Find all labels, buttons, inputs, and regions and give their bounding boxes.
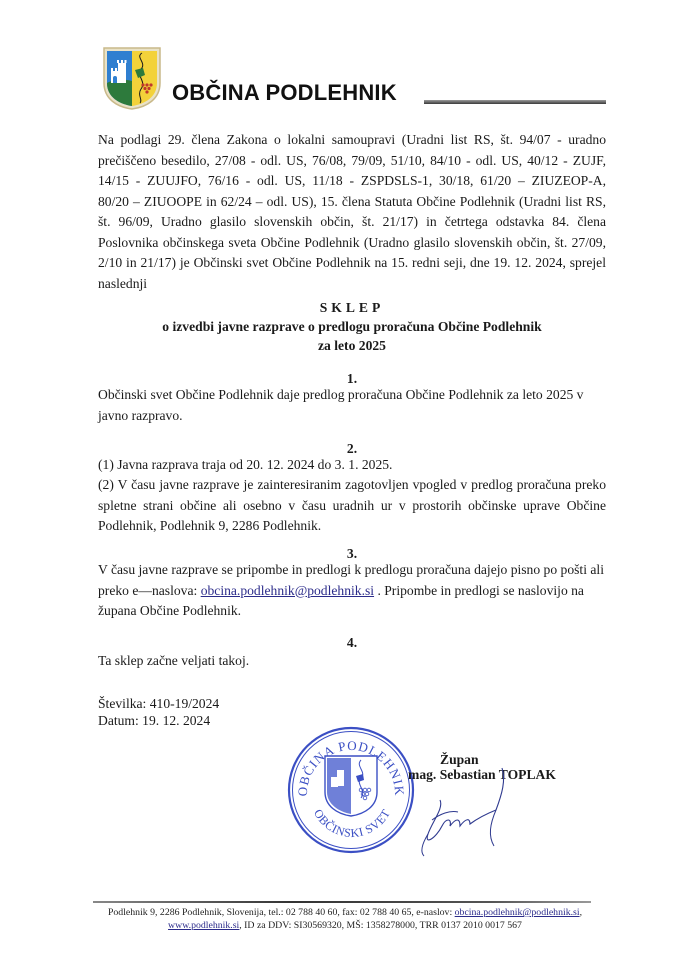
article-3-text: V času javne razprave se pripombe in pre… [98, 560, 606, 622]
footer-address: Podlehnik 9, 2286 Podlehnik, Slovenija, … [108, 907, 455, 918]
intro-line: prečiščeno besedilo, 27/08 - odl. US, 76… [98, 151, 606, 172]
document-subtitle-line2: za leto 2025 [98, 336, 606, 355]
resolution-title: SKLEP o izvedbi javne razprave o predlog… [98, 298, 606, 355]
article-2-item-1: (1) Javna razprava traja od 20. 12. 2024… [98, 455, 606, 476]
footer-punct: , [580, 907, 582, 918]
footer: Podlehnik 9, 2286 Podlehnik, Slovenija, … [90, 906, 600, 932]
article-4-number: 4. [98, 635, 606, 651]
footer-email-link[interactable]: obcina.podlehnik@podlehnik.si [455, 907, 580, 918]
email-link[interactable]: obcina.podlehnik@podlehnik.si [201, 583, 374, 598]
coat-of-arms-icon [101, 45, 163, 111]
footer-line-1: Podlehnik 9, 2286 Podlehnik, Slovenija, … [90, 906, 600, 919]
intro-line: 80/20 – ZIUOOPE in 62/24 – odl. US), 15.… [98, 192, 606, 213]
intro-line: št. 96/09, Uradno glasilo slovenskih obč… [98, 212, 606, 233]
handwritten-signature-icon [410, 760, 510, 870]
article-2-item-2: (2) V času javne razprave je zainteresir… [98, 475, 606, 537]
document-date: Datum: 19. 12. 2024 [98, 712, 219, 729]
document-subtitle-line1: o izvedbi javne razprave o predlogu pror… [98, 317, 606, 336]
document-number: Številka: 410-19/2024 [98, 695, 219, 712]
intro-paragraph: Na podlagi 29. člena Zakona o lokalni sa… [98, 130, 606, 294]
intro-line: 2/10 in 21/17) je Občinski svet Občine P… [98, 253, 606, 274]
intro-line: naslednji [98, 274, 606, 295]
footer-website-link[interactable]: www.podlehnik.si [168, 920, 239, 931]
footer-rule [93, 901, 591, 903]
footer-ids: , ID za DDV: SI30569320, MŠ: 1358278000,… [239, 920, 522, 931]
document-heading: SKLEP [98, 298, 606, 317]
article-1-text: Občinski svet Občine Podlehnik daje pred… [98, 385, 606, 426]
footer-line-2: www.podlehnik.si, ID za DDV: SI30569320,… [90, 919, 600, 932]
intro-line: 14/15 - ZUUJFO, 76/16 - odl. US, 11/18 -… [98, 171, 606, 192]
intro-line: Na podlagi 29. člena Zakona o lokalni sa… [98, 130, 606, 151]
article-4-text: Ta sklep začne veljati takoj. [98, 651, 606, 672]
intro-line: Poslovnika občinskega sveta Občine Podle… [98, 233, 606, 254]
official-stamp-icon: OBČINA PODLEHNIK OBČINSKI SVET [283, 722, 419, 858]
org-name: OBČINA PODLEHNIK [172, 80, 397, 106]
header-rule [424, 100, 606, 104]
document-meta: Številka: 410-19/2024 Datum: 19. 12. 202… [98, 695, 219, 729]
